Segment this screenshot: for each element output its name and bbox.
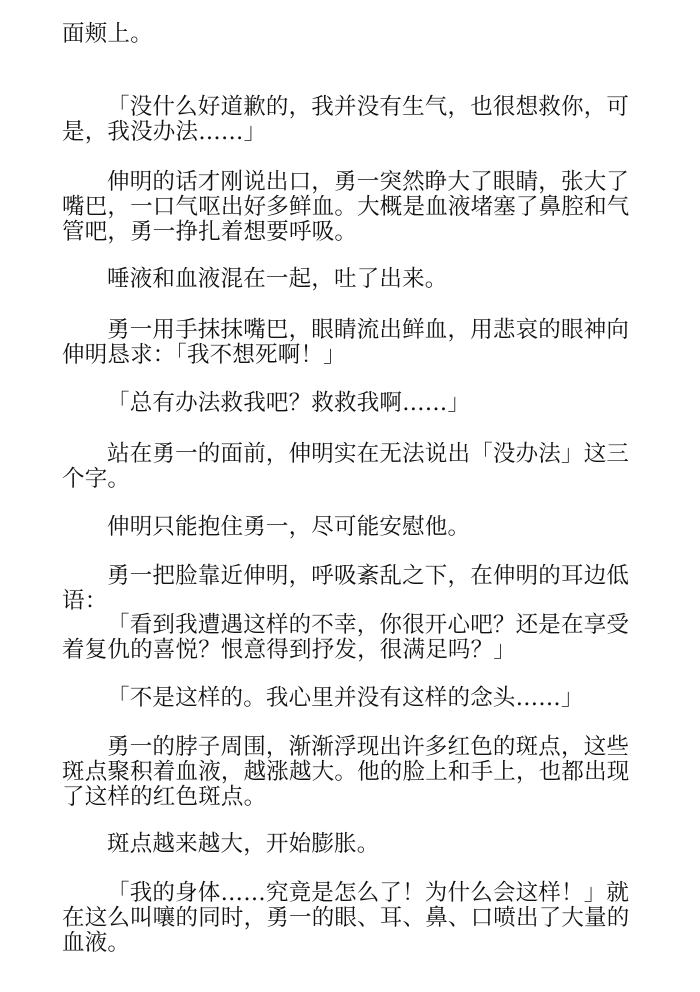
- paragraph: 唾液和血液混在一起，吐了出来。: [62, 267, 642, 292]
- paragraph: 「总有办法救我吧？救救我啊……」: [62, 391, 642, 416]
- paragraph: 伸明只能抱住勇一，尽可能安慰他。: [62, 515, 642, 540]
- paragraph: 「不是这样的。我心里并没有这样的念头……」: [62, 686, 642, 711]
- paragraph: 斑点越来越大，开始膨胀。: [62, 832, 642, 857]
- paragraph: 勇一把脸靠近伸明，呼吸紊乱之下，在伸明的耳边低语：: [62, 564, 642, 614]
- paragraph: 「看到我遭遇这样的不幸，你很开心吧？还是在享受着复仇的喜悦？恨意得到抒发，很满足…: [62, 613, 642, 663]
- paragraph: 站在勇一的面前，伸明实在无法说出「没办法」这三个字。: [62, 442, 642, 492]
- paragraph: 伸明的话才刚说出口，勇一突然睁大了眼睛，张大了嘴巴，一口气呕出好多鲜血。大概是血…: [62, 170, 642, 245]
- paragraph: 面颊上。: [62, 22, 642, 47]
- paragraph: 「我的身体……究竟是怎么了！为什么会这样！」就在这么叫嚷的同时，勇一的眼、耳、鼻…: [62, 881, 642, 956]
- paragraph: 勇一用手抹抹嘴巴，眼睛流出鲜血，用悲哀的眼神向伸明恳求：「我不想死啊！」: [62, 318, 642, 368]
- paragraph: 勇一的脖子周围，渐渐浮现出许多红色的斑点，这些斑点聚积着血液，越涨越大。他的脸上…: [62, 735, 642, 810]
- paragraph: 「没什么好道歉的，我并没有生气，也很想救你，可是，我没办法……」: [62, 95, 642, 145]
